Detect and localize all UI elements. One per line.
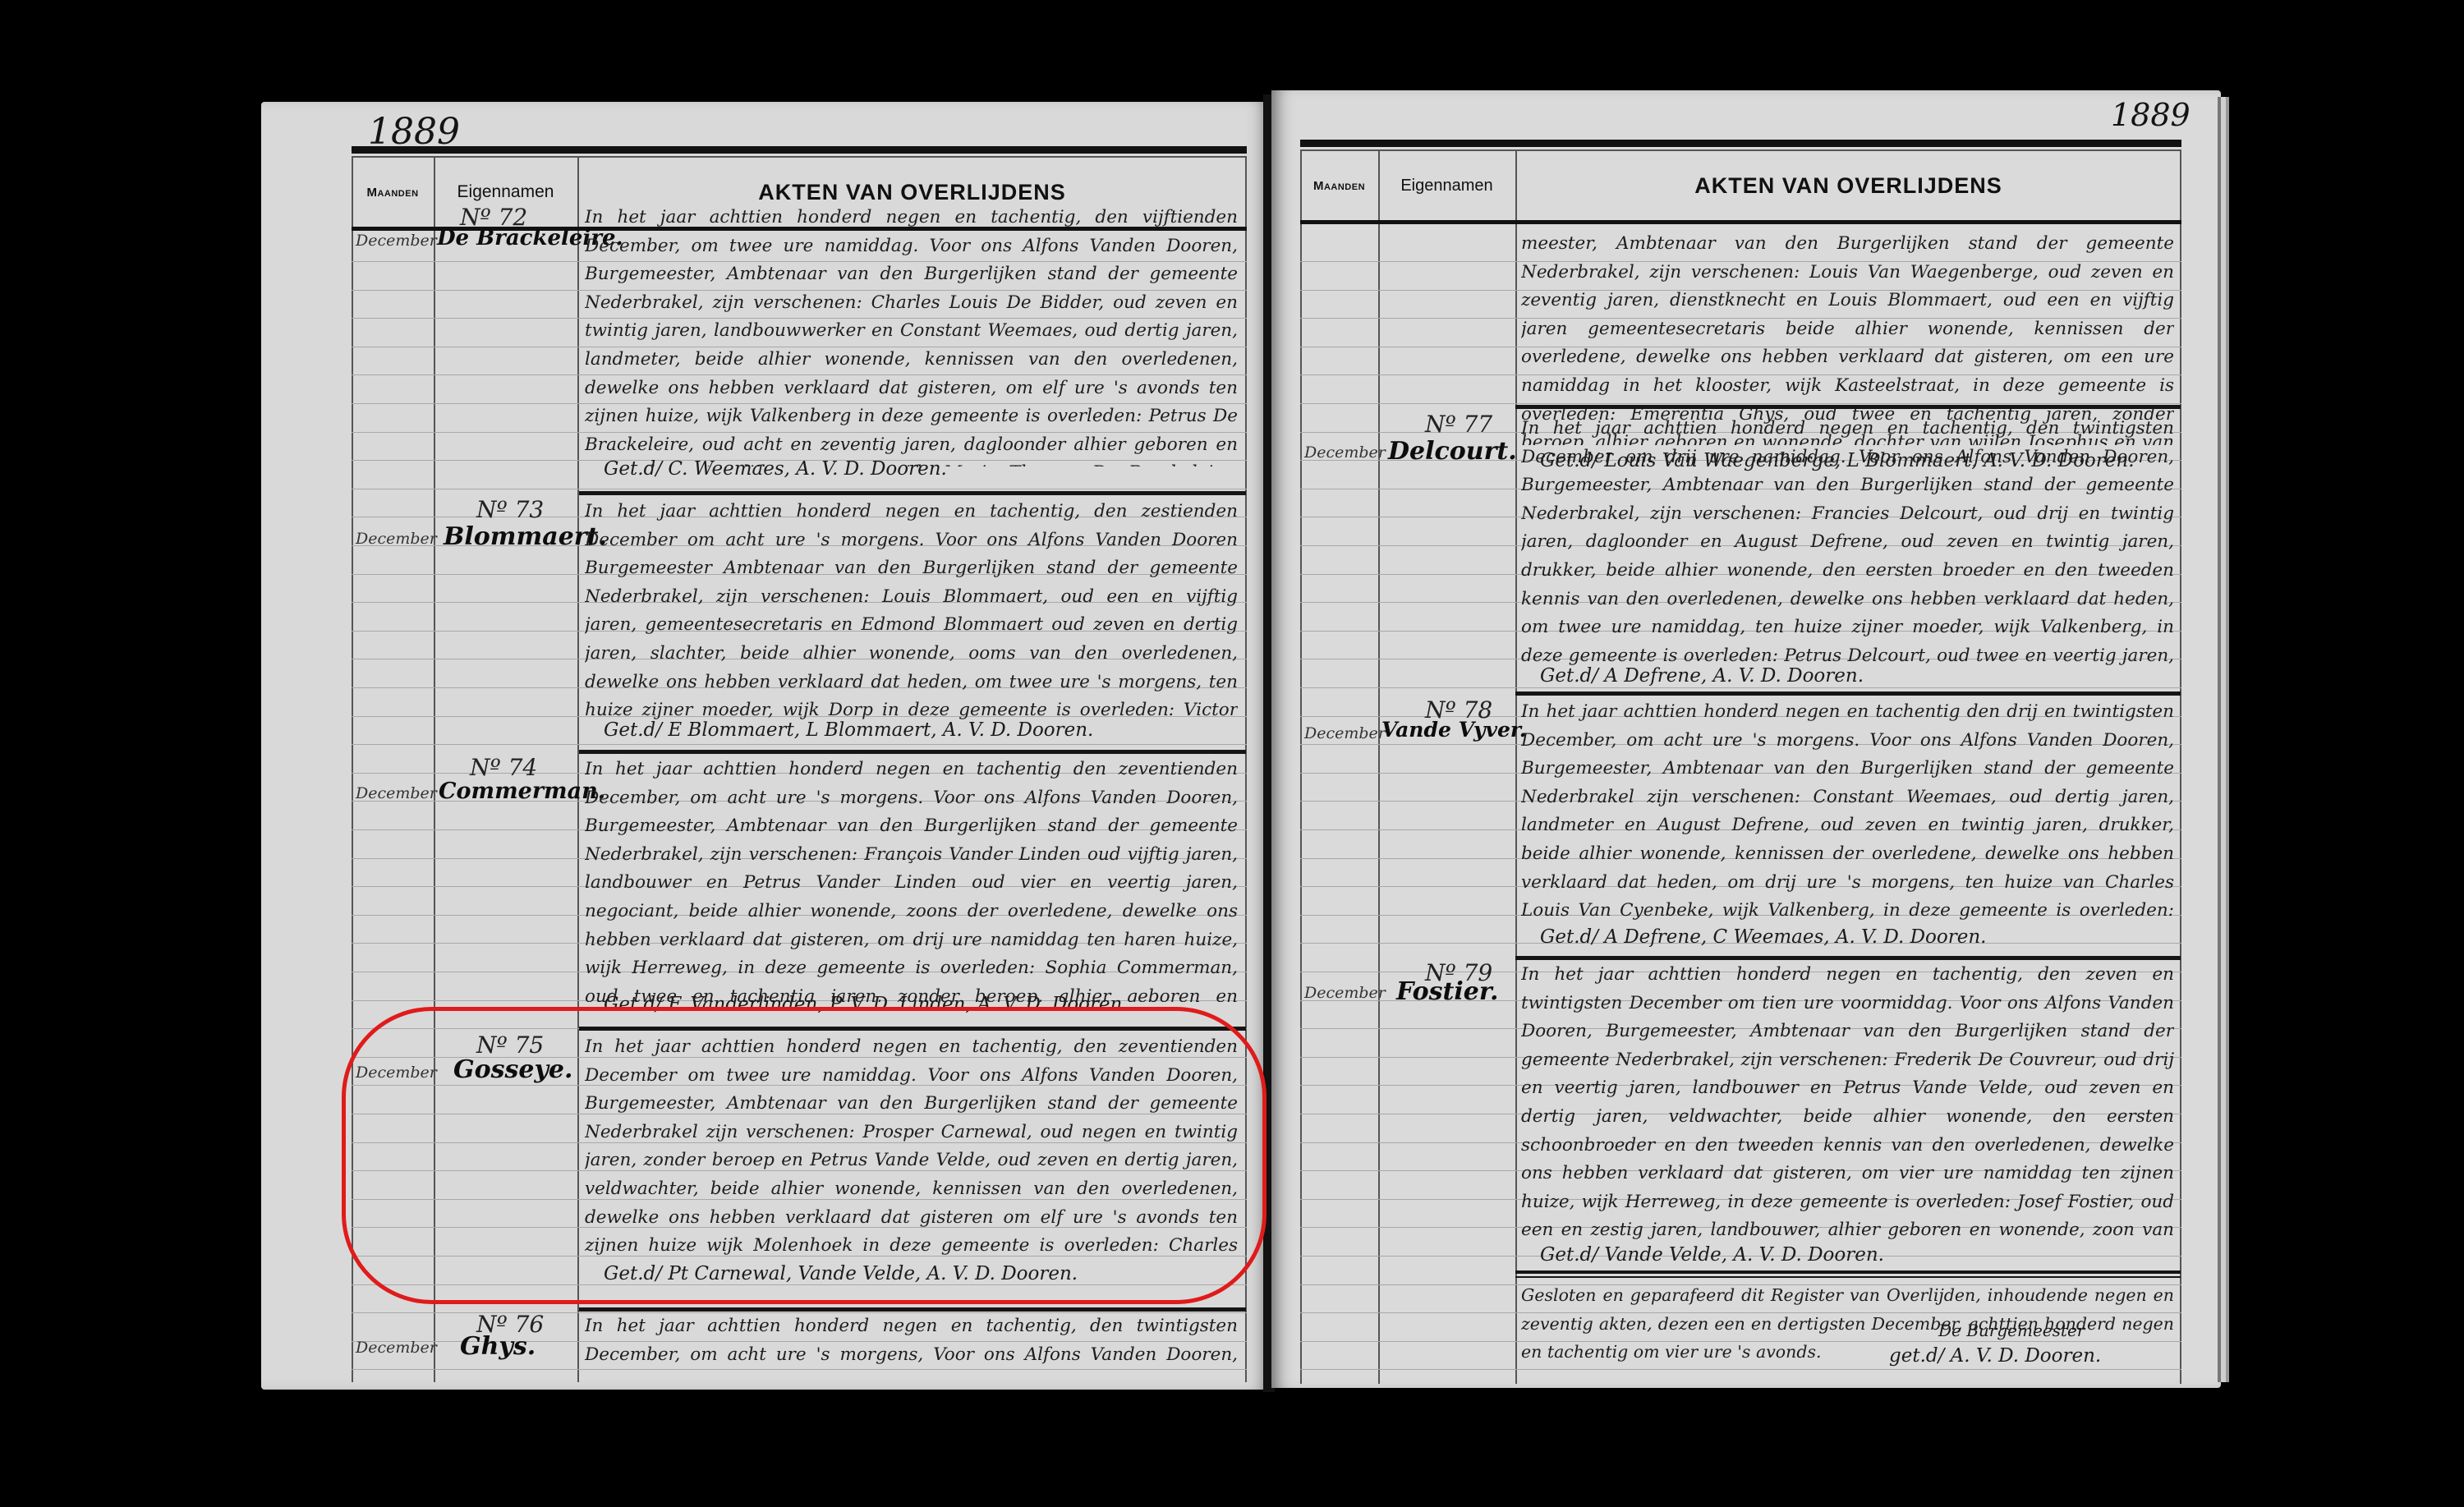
entry-text: In het jaar achttien honderd negen en ta…	[585, 498, 1238, 728]
entry-number: Nº 77	[1425, 411, 1492, 438]
entry-month: December	[356, 1339, 437, 1357]
entry-text: In het jaar achttien honderd negen en ta…	[585, 756, 1238, 1002]
entry-number: Nº 73	[476, 496, 544, 523]
entry-separator	[579, 750, 1246, 754]
ruled-line	[1300, 1369, 2181, 1370]
entry-signatures: Get.d/ E Blommaert, L Blommaert, A. V. D…	[604, 719, 1093, 741]
closing-signature: get.d/ A. V. D. Dooren.	[1889, 1345, 2101, 1367]
highlight-annotation	[342, 1007, 1266, 1304]
column-header-names: Eigennamen	[1378, 151, 1515, 220]
entry-separator	[579, 1307, 1246, 1312]
entry-surname[interactable]: Blommaert.	[444, 522, 607, 551]
entry-number: Nº 74	[470, 754, 537, 781]
entry-surname[interactable]: Vande Vyver.	[1381, 718, 1527, 742]
entry-month: December	[1304, 984, 1386, 1002]
column-header-records: AKTEN VAN OVERLIJDENS	[1515, 151, 2181, 220]
column-header-months: Maanden	[1300, 151, 1378, 220]
entry-month: December	[356, 232, 437, 250]
ruled-line	[352, 744, 1247, 745]
entry-signatures: Get.d/ A Defrene, A. V. D. Dooren.	[1540, 665, 1864, 687]
entry-signatures: Get.d/ C. Weemaes, A. V. D. Dooren.	[604, 458, 947, 480]
entry-signatures: Get.d/ Vande Velde, A. V. D. Dooren.	[1540, 1244, 1884, 1266]
entry-separator	[1515, 691, 2181, 696]
header-rule	[352, 146, 1247, 154]
entry-surname[interactable]: Delcourt.	[1388, 437, 1517, 466]
continuation-text: meester, Ambtenaar van den Burgerlijken …	[1521, 230, 2174, 445]
closing-separator	[1515, 1270, 2181, 1274]
entry-separator	[1515, 405, 2181, 409]
entry-text: In het jaar achttien honderd negen en ta…	[1521, 415, 2174, 671]
book-page-edge-right	[2218, 97, 2229, 1382]
closing-title: De Burgemeester	[1938, 1321, 2085, 1340]
header-rule	[1300, 140, 2181, 147]
entry-text: In het jaar achttien honderd negen en ta…	[1521, 961, 2174, 1244]
column-header-months: Maanden	[352, 158, 434, 227]
entry-month: December	[1304, 443, 1386, 462]
ruled-line	[1300, 687, 2181, 688]
entry-month: December	[356, 784, 437, 802]
entry-month: December	[1304, 724, 1386, 742]
entry-separator	[579, 491, 1246, 495]
entry-separator	[1515, 956, 2181, 960]
entry-surname[interactable]: Ghys.	[460, 1332, 536, 1361]
ruled-line	[352, 489, 1247, 489]
entry-surname[interactable]: Commerman.	[439, 779, 605, 804]
header-separator	[1300, 220, 2181, 224]
closing-separator-thin	[1515, 1276, 2181, 1278]
entry-text: In het jaar achttien honderd negen en ta…	[585, 1312, 1238, 1370]
entry-surname[interactable]: Fostier.	[1396, 977, 1498, 1006]
entry-signatures: Get.d/ A Defrene, C Weemaes, A. V. D. Do…	[1540, 926, 1986, 948]
entry-text: In het jaar achttien honderd negen en ta…	[585, 204, 1238, 466]
page-year-right: 1889	[2111, 97, 2190, 133]
entry-month: December	[356, 530, 437, 548]
entry-text: In het jaar achttien honderd negen en ta…	[1521, 698, 2174, 926]
